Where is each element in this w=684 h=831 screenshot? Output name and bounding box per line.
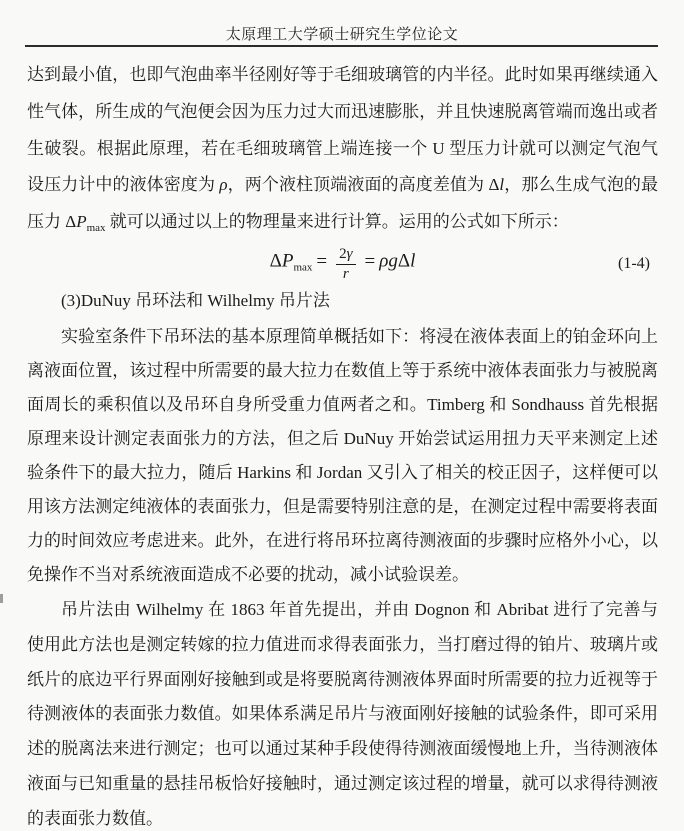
rho-g-delta-l: ρgΔl	[379, 251, 415, 272]
text-line: 实验室条件下吊环法的基本原理简单概括如下：将浸在液体表面上的铂金环向上拉	[27, 320, 658, 354]
text-line: 原理来设计测定表面张力的方法，但之后 DuNuy 开始尝试运用扭力天平来测定上述…	[27, 422, 658, 456]
text-line: 验条件下的最大拉力，随后 Harkins 和 Jordan 又引入了相关的校正因…	[27, 456, 658, 490]
scan-edge-artifact	[0, 594, 3, 603]
paragraph-plate-method: 吊片法由 Wilhelmy 在 1863 年首先提出，并由 Dognon 和 A…	[27, 593, 658, 831]
fraction-numerator: 2γ	[336, 246, 355, 265]
text-line: 生破裂。根据此原理，若在毛细玻璃管上端连接一个 U 型压力计就可以测定气泡气压，	[27, 131, 658, 168]
thesis-page: 太原理工大学硕士研究生学位论文 达到最小值，也即气泡曲率半径刚好等于毛细玻璃管的…	[0, 0, 684, 831]
equation-max-bubble-pressure: ΔPmax=2γr=ρgΔl	[27, 246, 658, 282]
text-line: 免操作不当对系统液面造成不必要的扰动，减小试验误差。	[27, 558, 658, 592]
equals-sign: =	[312, 251, 331, 272]
text-line: 达到最小值，也即气泡曲率半径刚好等于毛细玻璃管的内半径。此时如果再继续通入惰	[27, 57, 658, 94]
header-rule	[25, 45, 658, 47]
equation-block: ΔPmax=2γr=ρgΔl (1-4)	[27, 238, 658, 290]
text-line: 使用此方法也是测定转嫁的拉力值进而求得表面张力，当打磨过得的铂片、玻璃片或滤	[27, 628, 658, 663]
text-line: 待测液体的表面张力数值。如果体系满足吊片与液面刚好接触的试验条件，即可采用上	[27, 697, 658, 732]
text-line: 离液面位置，该过程中所需要的最大拉力在数值上等于系统中液体表面张力与被脱离液	[27, 354, 658, 388]
fraction-denominator: r	[336, 265, 355, 283]
pressure-subscript: max	[293, 262, 312, 274]
paragraph-ring-method: 实验室条件下吊环法的基本原理简单概括如下：将浸在液体表面上的铂金环向上拉离液面位…	[27, 320, 658, 592]
pressure-variable: P	[282, 251, 294, 272]
subsection-heading-dunuy-wilhelmy: (3)DuNuy 吊环法和 Wilhelmy 吊片法	[27, 290, 658, 312]
text-line: 用该方法测定纯液体的表面张力，但是需要特别注意的是，在测定过程中需要将表面张	[27, 490, 658, 524]
text-line: 设压力计中的液体密度为 ρ，两个液柱顶端液面的高度差值为 Δl，那么生成气泡的最…	[27, 167, 658, 204]
text-line: 纸片的底边平行界面刚好接触到或是将要脱离待测液体界面时所需要的拉力近视等于	[27, 663, 658, 698]
text-line: 压力 ΔPmax 就可以通过以上的物理量来进行计算。运用的公式如下所示：	[27, 204, 658, 241]
delta-symbol: Δ	[270, 251, 282, 272]
page-header-title: 太原理工大学硕士研究生学位论文	[0, 23, 684, 44]
equation-number: (1-4)	[618, 255, 650, 273]
text-line: 力的时间效应考虑进来。此外，在进行将吊环拉离待测液面的步骤时应格外小心，以避	[27, 524, 658, 558]
text-line: 面周长的乘积值以及吊环自身所受重力值两者之和。Timberg 和 Sondhau…	[27, 388, 658, 422]
equals-sign: =	[361, 251, 380, 272]
text-line: 吊片法由 Wilhelmy 在 1863 年首先提出，并由 Dognon 和 A…	[27, 593, 658, 628]
text-line: 性气体，所生成的气泡便会因为压力过大而迅速膨胀，并且快速脱离管端而逸出或者发	[27, 94, 658, 131]
paragraph-bubble-pressure: 达到最小值，也即气泡曲率半径刚好等于毛细玻璃管的内半径。此时如果再继续通入惰性气…	[27, 57, 658, 241]
text-line: 液面与已知重量的悬挂吊板恰好接触时，通过测定该过程的增量，就可以求得待测液体	[27, 767, 658, 802]
text-line: 述的脱离法来进行测定；也可以通过某种手段使得待测液面缓慢地上升，当待测液体的	[27, 732, 658, 767]
fraction: 2γr	[336, 246, 355, 282]
text-line: 的表面张力数值。	[27, 802, 658, 831]
